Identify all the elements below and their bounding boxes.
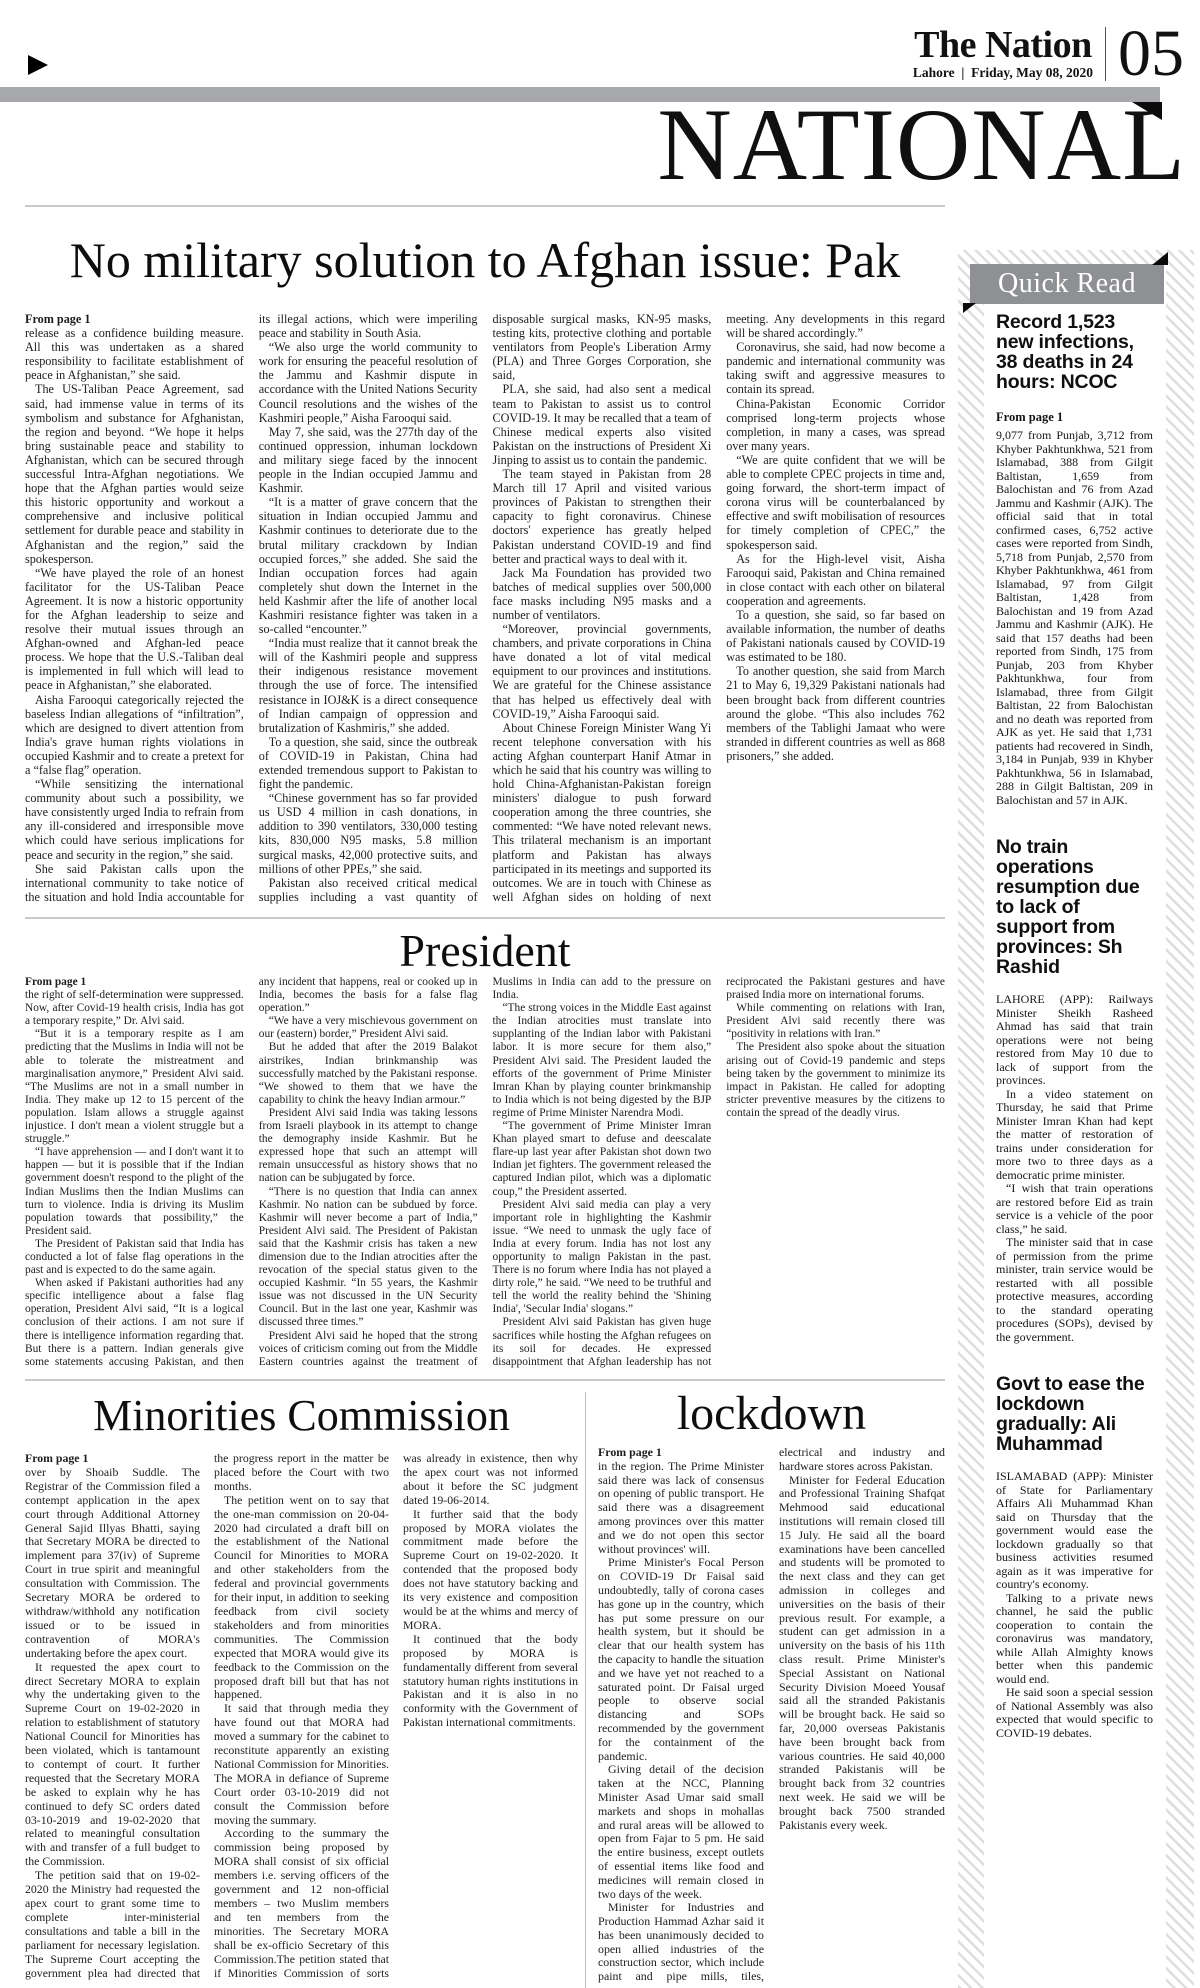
paragraph: Aisha Farooqui categorically rejected th… [25, 693, 244, 778]
brief-ncoc: Record 1,523 new infections, 38 deaths i… [996, 312, 1153, 807]
lockdown-article-body: From page 1 in the region. The Prime Min… [598, 1446, 945, 1988]
masthead-location: Lahore [913, 65, 955, 80]
left-corner-flag-icon [28, 55, 48, 75]
paragraph: The US-Taliban Peace Agreement, sad said… [25, 382, 244, 565]
ribbon-dogear-top-right-icon [1152, 252, 1168, 265]
from-page-label: From page 1 [598, 1446, 764, 1460]
newspaper-page: { "header": { "masthead": "The Nation", … [0, 0, 1200, 1988]
quick-read-briefs: Record 1,523 new infections, 38 deaths i… [984, 268, 1166, 1740]
from-page-label: From page 1 [25, 1452, 200, 1466]
paragraph: 9,077 from Punjab, 3,712 from Khyber Pak… [996, 429, 1153, 807]
paragraph: Prime Minister's Focal Person on COVID-1… [598, 1556, 764, 1763]
rule-top [25, 205, 945, 207]
paragraph: President Alvi said India was taking les… [259, 1107, 478, 1186]
paragraph: LAHORE (APP): Railways Minister Sheikh R… [996, 993, 1153, 1088]
paragraph: It continued that the body proposed by M… [403, 1633, 578, 1730]
quick-read-sidebar: Record 1,523 new infections, 38 deaths i… [958, 250, 1194, 1988]
paragraph: “I wish that train operations are restor… [996, 1182, 1153, 1236]
section-title: NATIONAL [657, 94, 1186, 197]
paragraph: Giving detail of the decision taken at t… [598, 1763, 764, 1901]
paragraph: in the region. The Prime Minister said t… [598, 1460, 764, 1557]
paragraph: President Alvi said media can play a ver… [493, 1199, 712, 1317]
paragraph: The team stayed in Pakistan from 28 Marc… [493, 467, 712, 566]
main-article-headline: No military solution to Afghan issue: Pa… [25, 234, 945, 287]
paragraph: “We have played the role of an honest fa… [25, 566, 244, 693]
paragraph: “We are quite confident that we will be … [726, 453, 945, 552]
masthead-text-block: The Nation Lahore | Friday, May 08, 2020 [913, 27, 1105, 81]
paragraph: the right of self-determination were sup… [25, 989, 244, 1028]
brief-body: ISLAMABAD (APP): Minister of State for P… [996, 1470, 1153, 1740]
paragraph: It requested the apex court to direct Se… [25, 1661, 200, 1870]
brief-headline: No train operations resumption due to la… [996, 837, 1153, 977]
paragraph: Jack Ma Foundation has provided two batc… [493, 566, 712, 622]
paragraph: While commenting on relations with Iran,… [726, 1002, 945, 1041]
paragraph: ISLAMABAD (APP): Minister of State for P… [996, 1470, 1153, 1592]
paragraph: It said that through media they have fou… [214, 1702, 389, 1827]
brief-body: LAHORE (APP): Railways Minister Sheikh R… [996, 993, 1153, 1344]
paragraph: The minister said that in case of permis… [996, 1236, 1153, 1344]
paragraph: Coronavirus, she said, had now become a … [726, 340, 945, 396]
paragraph: “India must realize that it cannot break… [259, 636, 478, 735]
bottom-articles-divider [585, 1392, 586, 1988]
paragraph: “It is a matter of grave concern that th… [259, 495, 478, 636]
quick-read-title: Quick Read [998, 268, 1136, 299]
masthead-date: Friday, May 08, 2020 [971, 65, 1093, 80]
paragraph: In a video statement on Thursday, he sai… [996, 1088, 1153, 1183]
brief-headline: Record 1,523 new infections, 38 deaths i… [996, 312, 1153, 392]
paragraph: He said soon a special session of Nation… [996, 1686, 1153, 1740]
rule-under-main-article [25, 917, 945, 919]
paragraph: To a question, she said, so far based on… [726, 608, 945, 664]
paragraph: “The government of Prime Minister Imran … [493, 1120, 712, 1199]
paragraph: “There is no question that India can ann… [259, 1186, 478, 1330]
paragraph: over by Shoaib Suddle. The Registrar of … [25, 1466, 200, 1661]
minorities-article-headline: Minorities Commission [25, 1390, 578, 1441]
president-article-body: From page 1 the right of self-determinat… [25, 976, 945, 1378]
paragraph: “Chinese government has so far provided … [259, 791, 478, 876]
brief-ease-lockdown: Govt to ease the lockdown gradually: Ali… [996, 1374, 1153, 1740]
paragraph: The petition went on to say that the one… [214, 1494, 389, 1703]
paragraph: The President also spoke about the situa… [726, 1041, 945, 1120]
paragraph: PLA, she said, had also sent a medical t… [493, 382, 712, 467]
main-article-body: From page 1 release as a confidence buil… [25, 312, 945, 916]
paragraph: “We have a very mischievous government o… [259, 1015, 478, 1041]
paragraph: To a question, she said, since the outbr… [259, 735, 478, 791]
paragraph: It further said that the body proposed b… [403, 1508, 578, 1633]
quick-read-panel: Record 1,523 new infections, 38 deaths i… [984, 268, 1166, 1988]
from-page-label: From page 1 [996, 410, 1153, 425]
masthead-dateline: Lahore | Friday, May 08, 2020 [913, 65, 1093, 81]
minorities-article-body: From page 1 over by Shoaib Suddle. The R… [25, 1452, 578, 1988]
paragraph: But he added that after the 2019 Balakot… [259, 1041, 478, 1106]
paragraph: release as a confidence building measure… [25, 326, 244, 382]
quick-read-ribbon: Quick Read [970, 264, 1164, 304]
paragraph: Minister for Federal Education and Profe… [779, 1474, 945, 1833]
paragraph: “The strong voices in the Middle East ag… [493, 1002, 712, 1120]
masthead: The Nation Lahore | Friday, May 08, 2020… [913, 24, 1184, 83]
rule-under-president-article [25, 1379, 945, 1381]
brief-body: 9,077 from Punjab, 3,712 from Khyber Pak… [996, 429, 1153, 807]
newspaper-title: The Nation [913, 27, 1093, 63]
president-article-headline: President [25, 924, 945, 977]
lockdown-article-headline: lockdown [598, 1386, 945, 1441]
paragraph: Talking to a private news channel, he sa… [996, 1592, 1153, 1687]
masthead-dateline-separator: | [958, 65, 968, 80]
paragraph: China-Pakistan Economic Corridor compris… [726, 397, 945, 453]
paragraph: May 7, she said, was the 277th day of th… [259, 425, 478, 495]
ribbon-dogear-bottom-left-icon [963, 303, 976, 313]
paragraph: To another question, she said from March… [726, 664, 945, 763]
paragraph: “While sensitizing the international com… [25, 777, 244, 862]
page-number: 05 [1106, 24, 1184, 83]
paragraph: As for the High-level visit, Aisha Faroo… [726, 552, 945, 608]
brief-train-operations: No train operations resumption due to la… [996, 837, 1153, 1344]
brief-headline: Govt to ease the lockdown gradually: Ali… [996, 1374, 1153, 1454]
paragraph: “I have apprehension — and I don't want … [25, 1146, 244, 1238]
paragraph: “Moreover, provincial governments, chamb… [493, 622, 712, 721]
from-page-label: From page 1 [25, 976, 244, 989]
paragraph: “We also urge the world community to wor… [259, 340, 478, 425]
paragraph: The President of Pakistan said that Indi… [25, 1238, 244, 1277]
from-page-label: From page 1 [25, 312, 244, 326]
paragraph: “But it is a temporary respite as I am p… [25, 1028, 244, 1146]
